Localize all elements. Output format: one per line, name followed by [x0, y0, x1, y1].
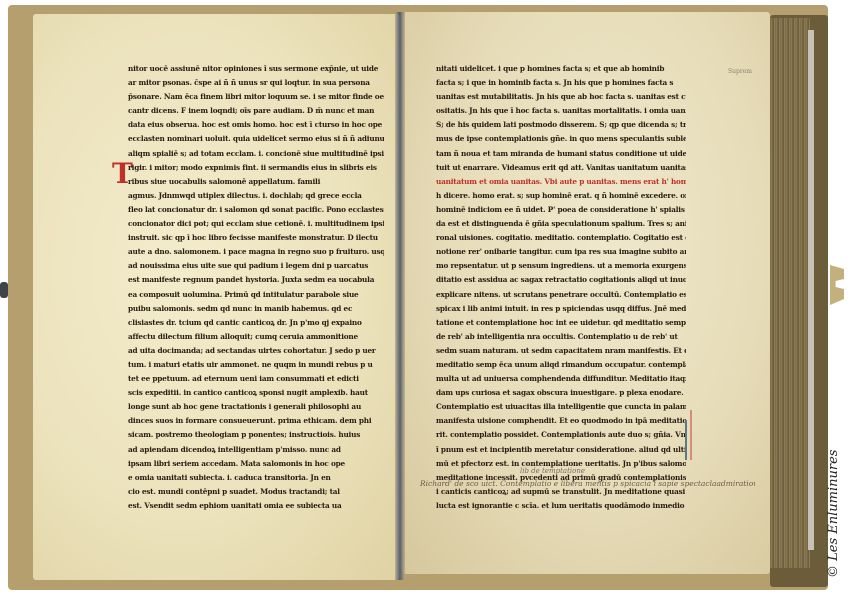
page-stack-edges [770, 18, 810, 568]
text-line: h dicere. homo erat. s; sup hominē erat.… [436, 189, 686, 203]
text-line: cio est. mundi contēpni p suadet. Modus … [128, 485, 384, 499]
text-line: dam ups curiosa et sagax obscura inuesti… [436, 386, 686, 400]
text-line: ronal uisiones. cogitatio. meditatio. co… [436, 231, 686, 245]
text-line: ribus siue uocabulis salomonē appellatum… [128, 175, 384, 189]
text-line: dinces suos in formare consueuerunt. pri… [128, 414, 384, 428]
text-line: S; de his quidem lati postmodo disserem.… [436, 118, 686, 132]
text-line: lucta est ignorantie c scīa. et lum ueri… [436, 499, 686, 513]
text-line: clisiastes dr. tcium qd cantic canticoꝝ … [128, 316, 384, 330]
text-line: est manifeste regnum pandet hystoria. Ju… [128, 273, 384, 287]
text-line: facta s; i que in hominib facta s. Jn hi… [436, 76, 686, 90]
text-line: ditatio est assidua ac sagax retractatio… [436, 273, 686, 287]
text-line: manifesta uisione comphendit. Et eo quod… [436, 414, 686, 428]
text-line: scis expeditii. in cantico canticoꝝ spon… [128, 386, 384, 400]
text-line: tuit ut enarrare. Videamus erit qd att. … [436, 161, 686, 175]
text-line: uanitatum et omia uanitas. Vbi aute p ua… [436, 175, 686, 189]
text-line: da est et distinguenda ē gñia speculatio… [436, 217, 686, 231]
text-line: p̄sonare. Nam ēca finem libri mitor loqu… [128, 90, 384, 104]
text-line: nitati uidelicet. i que p homines facta … [436, 62, 686, 76]
text-line: ī pnum est et incipientib meretatur cons… [436, 443, 686, 457]
text-line: explicare nitens. ut scrutans penetrare … [436, 288, 686, 302]
text-line: uanitas est mutabilitatis. Jn his que ab… [436, 90, 686, 104]
clasp-tab-icon [830, 265, 844, 305]
text-line: hominē indiciom ee ñ uidet. P' poea de c… [436, 203, 686, 217]
marginalia-notes: Richard' de sco uict. Contemplatio e lib… [420, 478, 755, 490]
text-line: mo repsentatur. ut p sensum ingrediens. … [436, 259, 686, 273]
text-line: longe sunt ab hoc gene tractationis i ge… [128, 400, 384, 414]
text-line: ecclasten nominari uoluit. quia uidelice… [128, 132, 384, 146]
clasp-pin-icon [0, 282, 8, 298]
text-line: aliqm spialiē s; ad totam ecclam. i. con… [128, 147, 384, 161]
text-line: spicax i lib animi intuit. in res p spic… [436, 302, 686, 316]
text-line: admiratione suspensa. Meditatio e studio… [716, 479, 755, 488]
text-line: ipsam libri seriem accedam. Mata salomon… [128, 457, 384, 471]
text-line: Richard' de sco uict. Contemplatio e lib… [420, 479, 716, 488]
text-line: ad uita docimanda; ad sectandas uirtes c… [128, 344, 384, 358]
left-page-text: nitor uocē assiunē nitor opiniones ī sus… [128, 62, 384, 513]
text-line: ea composuit uolumina. Primū qd intitula… [128, 288, 384, 302]
text-line: affectu dilectum filium alloquit; cumq c… [128, 330, 384, 344]
text-line: concionator dici pot; qui ecclam siue ce… [128, 217, 384, 231]
text-line: nitor uocē assiunē nitor opiniones ī sus… [128, 62, 384, 76]
text-line: ad nouissima eius uite sue qui padium i … [128, 259, 384, 273]
text-line: meditatio semp ēca unum aliqd rimandum o… [436, 358, 686, 372]
right-page-text: nitati uidelicet. i que p homines facta … [436, 62, 686, 513]
text-line: mus de ipse contemplationis gñe. in quo … [436, 132, 686, 146]
margin-note: Suprem [728, 68, 752, 75]
copyright-credit: © Les Enluminures [826, 450, 841, 578]
text-line: sicam. postremo theologiam p ponentes; i… [128, 428, 384, 442]
book-spine [395, 12, 405, 580]
text-line: multa ut ad uniuersa comphendenda diffun… [436, 372, 686, 386]
text-line: de reb' ab intelligentia nra occultis. C… [436, 330, 686, 344]
text-line: data eius obserua. hoc est omis homo. ho… [128, 118, 384, 132]
text-line: ad apiendam dicendoꝝ intelligentiam p'mi… [128, 443, 384, 457]
text-line: tam ñ noua et tam miranda de humani stat… [436, 147, 686, 161]
blue-margin-mark [685, 420, 687, 460]
text-line: rit. contemplatio possidet. Contemplatio… [436, 428, 686, 442]
text-line: fleo lat concionatur dr. i salomon qd so… [128, 203, 384, 217]
text-line: sedm suam naturam. ut sedm capacitatem n… [436, 344, 686, 358]
text-line: ositatis. Jn his que ī hoc facta s. uani… [436, 104, 686, 118]
text-line: puibu salomonis. sedm qd nunc in manib h… [128, 302, 384, 316]
text-line: tum. i maturi etatis uir ammonet. ne quq… [128, 358, 384, 372]
text-line: e omia uanitati subiecta. i. caduca tran… [128, 471, 384, 485]
text-line: rigir. i mitor; modo expnimis fint. ii s… [128, 161, 384, 175]
text-line: tatione et contemplatione hoc int ee uid… [436, 316, 686, 330]
text-line: cantr dicens. F inem loqndi; oīs pare au… [128, 104, 384, 118]
text-line: ar mitor psonas. c̄spe ai ñ ñ unus sr qu… [128, 76, 384, 90]
marginalia-title: lib de temptatione [520, 467, 585, 475]
text-line: est. Vsendit sedm ephiom uanitati omia e… [128, 499, 384, 513]
red-margin-mark [690, 410, 722, 460]
text-line: agmus. Jdnmwqd utiplex dilectus. i. doch… [128, 189, 384, 203]
page-stack-highlight [808, 30, 814, 550]
text-line: tet ee ppetuum. ad eternum ueni iam cons… [128, 372, 384, 386]
text-line: notione rer' onibarie tangitur. cum ipa … [436, 245, 686, 259]
text-line: Contemplatio est uiuacitas illa intellig… [436, 400, 686, 414]
text-line: instruit. sic qp ī hoc libro fecisse man… [128, 231, 384, 245]
text-line: aute a dno. salomonem. i pace magna in r… [128, 245, 384, 259]
